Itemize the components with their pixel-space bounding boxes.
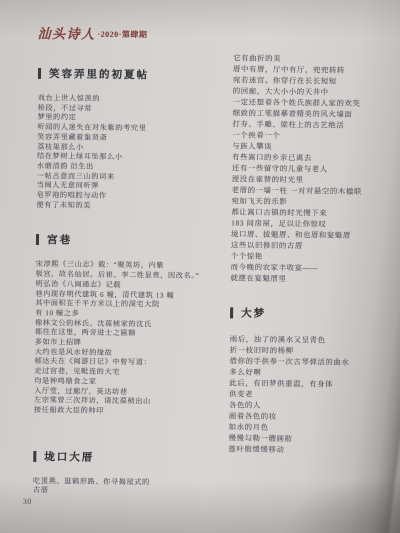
section-title-text: 垅口大厝 xyxy=(44,449,94,465)
section-title: 大梦 xyxy=(230,305,394,322)
page-surface: 汕头诗人·2020·第肆期 笑容弄里的初夏帖戏台上世人惊羡的桥段，不过寻常梦里的… xyxy=(0,0,400,533)
section-title-bar-icon xyxy=(36,234,39,245)
section-title-bar-icon xyxy=(33,451,36,462)
section-title-text: 大梦 xyxy=(241,306,266,321)
left-column: 笑容弄里的初夏帖戏台上世人惊羡的桥段，不过寻常梦里的约定听闻的人迷失在对朱紫的考… xyxy=(33,66,230,498)
section-title-bar-icon xyxy=(38,68,41,79)
poem-line: 此后，有旧梦供重温，有身体 xyxy=(229,377,393,390)
page-number: 30 xyxy=(23,497,32,506)
poem-line: 莲叶般缓缓移动 xyxy=(228,443,392,456)
right-column: 它有曲折的美厝中有厝，厅中有厅，兜兜转转宛若迷宫。你穿行在长长短短的回廊，大大小… xyxy=(228,52,397,456)
journal-header: 汕头诗人·2020·第肆期 xyxy=(37,23,147,44)
poem-line: 就摆在宴魁厝里 xyxy=(230,272,394,285)
magazine-page-photo: 汕头诗人·2020·第肆期 笑容弄里的初夏帖戏台上世人惊羡的桥段，不过寻常梦里的… xyxy=(0,0,400,533)
poem-line: 便有了未知的美 xyxy=(36,201,228,213)
poem-line: 接任船政大臣的帅印 xyxy=(34,406,226,418)
section-title: 垅口大厝 xyxy=(33,449,225,466)
journal-title: 汕头诗人 xyxy=(37,26,95,42)
section-title-text: 宫巷 xyxy=(47,233,72,248)
journal-issue: ·2020·第肆期 xyxy=(97,30,147,40)
poem-line: 古厝 xyxy=(33,486,225,498)
section-title-text: 笑容弄里的初夏帖 xyxy=(49,66,149,82)
section-title: 笑容弄里的初夏帖 xyxy=(38,66,230,83)
section-title-bar-icon xyxy=(230,307,233,318)
section-title: 宫巷 xyxy=(36,232,228,249)
